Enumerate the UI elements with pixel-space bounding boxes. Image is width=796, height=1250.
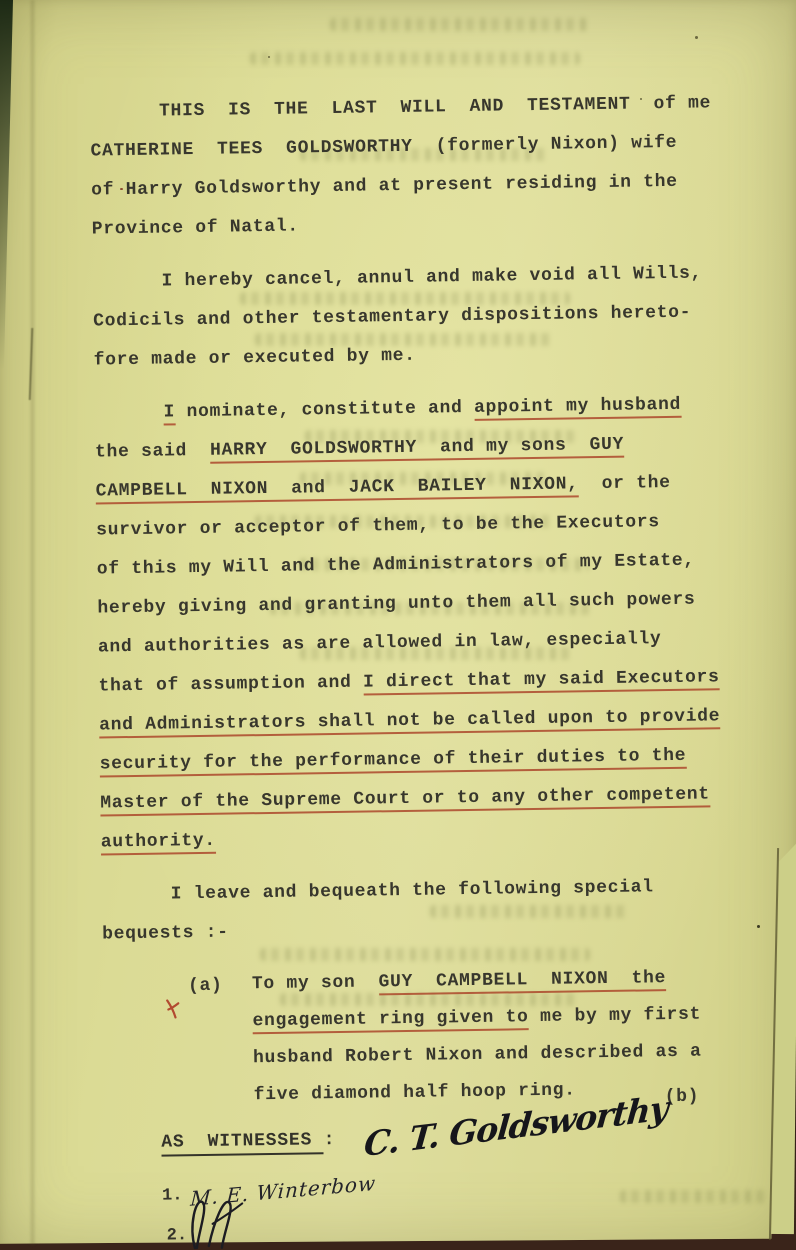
- typed-text: the said: [95, 441, 210, 463]
- typed-text: Province of Natal.: [92, 216, 299, 239]
- scanned-will-document: THIS IS THE LAST WILL AND TESTAMENT of m…: [0, 0, 796, 1250]
- typed-line: bequests :-: [102, 906, 753, 955]
- typed-text: hereby giving and granting unto them all…: [97, 590, 695, 619]
- typed-text: of Harry Goldsworthy and at present resi…: [91, 172, 678, 201]
- witness-1-number: 1.: [162, 1186, 183, 1205]
- witness-2-signature-flourish: [184, 1189, 263, 1250]
- witnesses-heading-colon: :: [324, 1130, 336, 1150]
- typed-text: or the: [579, 473, 671, 494]
- underlined-text: authority.: [101, 831, 216, 856]
- typed-text: me by my first: [528, 1005, 701, 1028]
- typed-text: I leave and bequeath the following speci…: [102, 877, 654, 905]
- typed-text: survivor or acceptor of them, to be the …: [96, 512, 660, 540]
- paragraph: I hereby cancel, annul and make void all…: [92, 254, 744, 381]
- typed-content-layer: THIS IS THE LAST WILL AND TESTAMENT of m…: [0, 0, 796, 1250]
- paragraph: THIS IS THE LAST WILL AND TESTAMENT of m…: [90, 84, 742, 250]
- underlined-text: engagement ring given to: [252, 1007, 528, 1034]
- underlined-text: Master of the Supreme Court or to any ot…: [100, 784, 710, 816]
- witnesses-heading-text: AS WITNESSES: [161, 1130, 324, 1156]
- typed-line: Province of Natal.: [91, 201, 742, 250]
- typed-line: husband Robert Nixon and described as a: [253, 1034, 702, 1078]
- typed-text: of this my Will and the Administrators o…: [97, 551, 695, 580]
- red-margin-x-mark: [163, 997, 183, 1019]
- typed-text: Codicils and other testamentary disposit…: [93, 303, 691, 332]
- paragraph: I leave and bequeath the following speci…: [101, 867, 752, 955]
- underlined-text: security for the performance of their du…: [100, 746, 687, 778]
- typed-text: [94, 402, 163, 423]
- underlined-text: and Administrators shall not be called u…: [99, 706, 720, 738]
- typed-line: fore made or executed by me.: [93, 332, 744, 381]
- typed-text: that of assumption and: [98, 673, 363, 697]
- bequest-label: (a): [188, 966, 254, 1115]
- underlined-text: CAMPBELL NIXON and JACK BAILEY NIXON,: [96, 474, 579, 504]
- typed-text: and authorities as are allowed in law, e…: [98, 629, 662, 657]
- typed-text-body: THIS IS THE LAST WILL AND TESTAMENT of m…: [90, 84, 755, 1117]
- underlined-text: appoint my husband: [474, 395, 681, 421]
- bequest-text: To my son GUY CAMPBELL NIXON theengageme…: [252, 960, 703, 1115]
- underlined-text: I: [163, 402, 175, 425]
- underlined-text: I direct that my said Executors: [363, 667, 720, 695]
- typed-text: THIS IS THE LAST WILL AND TESTAMENT of m…: [90, 93, 711, 122]
- typed-text: nominate, constitute and: [175, 398, 474, 422]
- typed-text: five diamond half hoop ring.: [253, 1080, 575, 1105]
- typed-text: CATHERINE TEES GOLDSWORTHY (formerly Nix…: [90, 133, 677, 162]
- paragraph: I nominate, constitute and appoint my hu…: [94, 385, 751, 863]
- typed-text: husband Robert Nixon and described as a: [253, 1042, 702, 1069]
- underlined-text: GUY CAMPBELL NIXON the: [378, 968, 666, 995]
- typed-text: To my son: [252, 972, 379, 994]
- typed-line: authority.: [101, 814, 752, 863]
- witnesses-heading: AS WITNESSES :: [161, 1130, 335, 1153]
- underlined-text: HARRY GOLDSWORTHY and my sons GUY: [210, 435, 624, 464]
- typed-text: I hereby cancel, annul and make void all…: [92, 263, 702, 292]
- typed-text: bequests :-: [102, 923, 229, 945]
- typed-text: fore made or executed by me.: [94, 346, 416, 371]
